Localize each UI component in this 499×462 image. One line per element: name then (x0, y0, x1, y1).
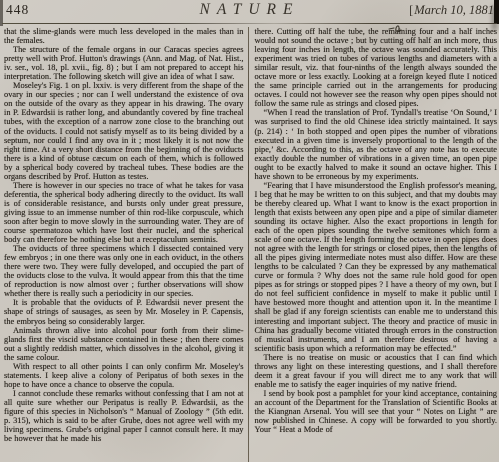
paragraph: that the slime-glands were much less dev… (4, 27, 244, 45)
paragraph: The oviducts of three specimens which I … (4, 244, 244, 298)
paragraph: “When I read the translation of Prof. Ty… (255, 108, 498, 180)
scanned-page: 448 NATURE [March 10, 1881 that the slim… (0, 0, 499, 462)
header-rule (2, 23, 497, 24)
date-bracket: [ (409, 3, 413, 17)
paragraph: It is probable that the oviducts of P. E… (4, 298, 244, 325)
paragraph: Animals thrown alive into alcohol pour f… (4, 326, 244, 362)
paragraph: With respect to all other points I can o… (4, 362, 244, 389)
paragraph: Moseley's Fig. 1 on pl. lxxiv. is very d… (4, 81, 244, 181)
issue-date-text: March 10, 1881 (414, 3, 494, 17)
column-right: there. Cutting off half the tube, the re… (249, 27, 498, 462)
page-header: 448 NATURE [March 10, 1881 (0, 0, 499, 22)
paragraph: “Fearing that I have misunderstood the E… (255, 181, 498, 353)
paragraph: There is however in our species no trace… (4, 181, 244, 244)
paragraph: There is no treatise on music or acousti… (255, 353, 498, 389)
paragraph: The structure of the female organs in ou… (4, 45, 244, 81)
paragraph: I cannot conclude these remarks without … (4, 389, 244, 443)
column-left: that the slime-glands were much less dev… (4, 27, 248, 462)
paragraph: there. Cutting off half the tube, the re… (255, 27, 498, 108)
issue-date: [March 10, 1881 (409, 3, 494, 18)
paragraph: I send by book post a pamphlet for your … (255, 389, 498, 434)
text-columns: that the slime-glands were much less dev… (4, 27, 497, 462)
